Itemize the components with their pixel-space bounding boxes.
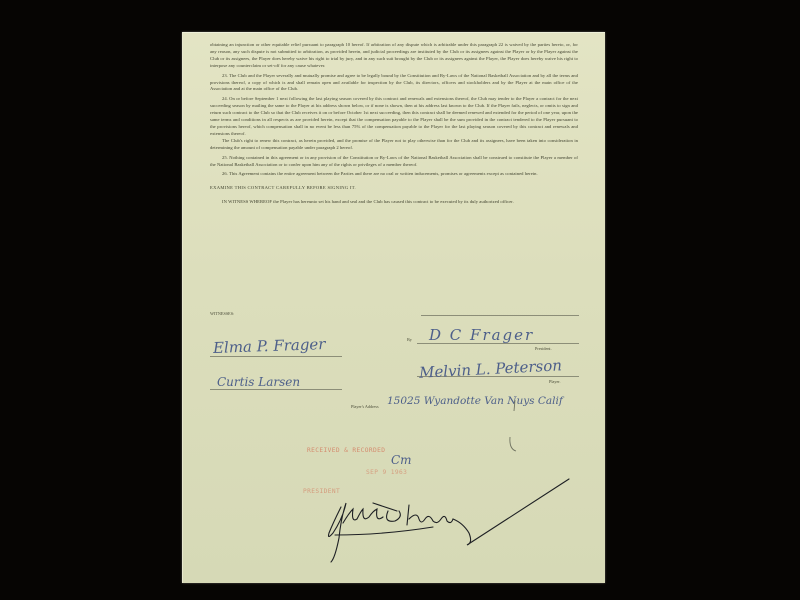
commissioner-autograph-strokes	[329, 479, 570, 562]
autograph-overlay	[183, 33, 605, 583]
pencil-mark	[510, 400, 516, 451]
contract-page: obtaining an injunction or other equitab…	[182, 32, 605, 583]
commissioner-autograph: J Walter Kennedy	[327, 503, 336, 504]
